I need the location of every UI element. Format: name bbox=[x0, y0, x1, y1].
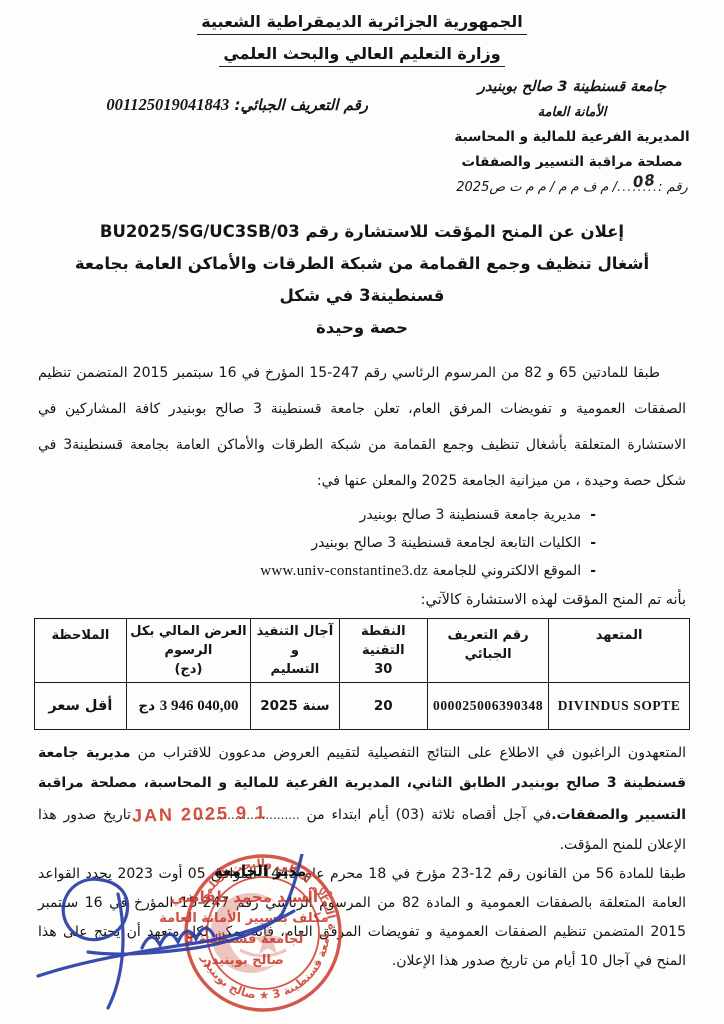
document-page: الجمهورية الجزائرية الديمقراطية الشعبية … bbox=[0, 0, 724, 1024]
ref-year: 2025 bbox=[456, 180, 489, 195]
website-label: الموقع الالكتروني للجامعة bbox=[433, 563, 582, 579]
notice-part-1: المتعهدون الراغبون في الاطلاع على النتائ… bbox=[131, 745, 687, 761]
col-header-technical-score: النقطة التقنية 30 bbox=[339, 619, 427, 683]
republic-title: الجمهورية الجزائرية الديمقراطية الشعبية bbox=[197, 12, 526, 35]
deadline-label-2: التسليم bbox=[253, 660, 336, 679]
title-line-3: حصة وحيدة bbox=[30, 312, 694, 344]
offer-label: العرض المالي بكل الرسوم bbox=[129, 622, 248, 660]
finance-subdirectorate: المديرية الفرعية للمالية و المحاسبة bbox=[438, 125, 706, 150]
col-header-note: الملاحظة bbox=[35, 619, 127, 683]
deadline-label-1: آجال التنفيذ و bbox=[253, 622, 336, 660]
state-header: الجمهورية الجزائرية الديمقراطية الشعبية … bbox=[0, 0, 724, 67]
results-notice-paragraph: المتعهدون الراغبون في الاطلاع على النتائ… bbox=[0, 738, 724, 860]
director-label: مدير الجامعة bbox=[214, 862, 306, 880]
award-intro-line: بأنه تم المنح المؤقت لهذه الاستشارة كالآ… bbox=[0, 587, 724, 613]
cell-bidder-name: DIVINDUS SOPTE bbox=[549, 683, 690, 730]
ministry-title: وزارة التعليم العالي والبحث العلمي bbox=[219, 44, 504, 67]
col-header-financial-offer: العرض المالي بكل الرسوم (دج) bbox=[126, 619, 250, 683]
offer-currency: دج bbox=[138, 698, 155, 714]
technical-score-max: 30 bbox=[342, 660, 425, 679]
general-secretariat: الأمانة العامة bbox=[438, 100, 706, 125]
university-name: جامعة قسنطينة 3 صالح بوبنيدر bbox=[438, 75, 706, 100]
issuer-block: جامعة قسنطينة 3 صالح بوبنيدر الأمانة الع… bbox=[438, 75, 706, 200]
offer-amount: 3 946 040,00 bbox=[160, 698, 239, 714]
tax-id-number: 001125019041843 bbox=[100, 95, 229, 114]
announcement-title: إعلان عن المنح المؤقت للاستشارة رقم BU20… bbox=[0, 216, 724, 344]
handwritten-signature bbox=[30, 854, 360, 1022]
award-results-table: المتعهد رقم التعريف الجبائي النقطة التقن… bbox=[34, 618, 690, 730]
cell-bidder-tax-id: 000025006390348 bbox=[428, 683, 549, 730]
cell-technical-score: 20 bbox=[339, 683, 427, 730]
tax-id-line: رقم التعريف الجبائي: 001125019041843 bbox=[48, 95, 368, 115]
tax-id-label: رقم التعريف الجبائي: bbox=[234, 96, 368, 114]
offer-currency-label: (دج) bbox=[129, 660, 248, 679]
date-stamp: 1 9 JAN 2025 bbox=[131, 797, 267, 831]
signature-flow-stroke bbox=[88, 914, 282, 954]
letterhead-info: رقم التعريف الجبائي: 001125019041843 جام… bbox=[0, 75, 724, 203]
list-item: الموقع الالكتروني للجامعة www.univ-const… bbox=[38, 557, 596, 585]
signature-humps bbox=[142, 928, 214, 948]
intro-paragraph: طبقا للمادتين 65 و 82 من المرسوم الرئاسي… bbox=[0, 355, 724, 499]
technical-score-label: النقطة التقنية bbox=[342, 622, 425, 660]
cell-note: أقل سعر bbox=[35, 683, 127, 730]
signature-area: مدير الجامعة السيد محمد بلقاضي مكلف بتسي… bbox=[28, 848, 508, 1024]
ref-label: رقم : bbox=[658, 180, 688, 195]
table-header-row: المتعهد رقم التعريف الجبائي النقطة التقن… bbox=[35, 619, 690, 683]
signature-cross-stroke bbox=[38, 911, 294, 976]
table-row: DIVINDUS SOPTE 000025006390348 20 سنة 20… bbox=[35, 683, 690, 730]
signature-loop bbox=[63, 879, 127, 939]
list-item: الكليات التابعة لجامعة قسنطينة 3 صالح بو… bbox=[38, 529, 596, 557]
cell-financial-offer: 3 946 040,00 دج bbox=[126, 683, 250, 730]
col-header-bidder: المتعهد bbox=[549, 619, 690, 683]
col-header-deadline: آجال التنفيذ و التسليم bbox=[251, 619, 339, 683]
university-website-url: www.univ-constantine3.dz bbox=[260, 563, 428, 579]
signature-descender bbox=[108, 894, 123, 1008]
notice-part-2: في آجل أقصاه ثلاثة (03) أيام ابتداء من bbox=[300, 807, 552, 823]
reference-line: رقم :........08/ م ف م م / م م ت ص2025 bbox=[438, 175, 706, 200]
ref-code: / م ف م م / م م ت ص bbox=[489, 180, 617, 195]
col-header-tax-id: رقم التعريف الجبائي bbox=[428, 619, 549, 683]
title-line-1: إعلان عن المنح المؤقت للاستشارة رقم BU20… bbox=[30, 216, 694, 248]
contracts-service: مصلحة مراقبة التسيير والصفقات bbox=[438, 150, 706, 175]
list-item: مديرية جامعة قسنطينة 3 صالح بوبنيدر bbox=[38, 501, 596, 529]
ref-handwritten-number: 08 bbox=[632, 168, 658, 196]
title-line-2: أشغال تنظيف وجمع القمامة من شبكة الطرقات… bbox=[30, 248, 694, 312]
publication-list: مديرية جامعة قسنطينة 3 صالح بوبنيدر الكل… bbox=[38, 501, 596, 585]
cell-deadline: سنة 2025 bbox=[251, 683, 339, 730]
